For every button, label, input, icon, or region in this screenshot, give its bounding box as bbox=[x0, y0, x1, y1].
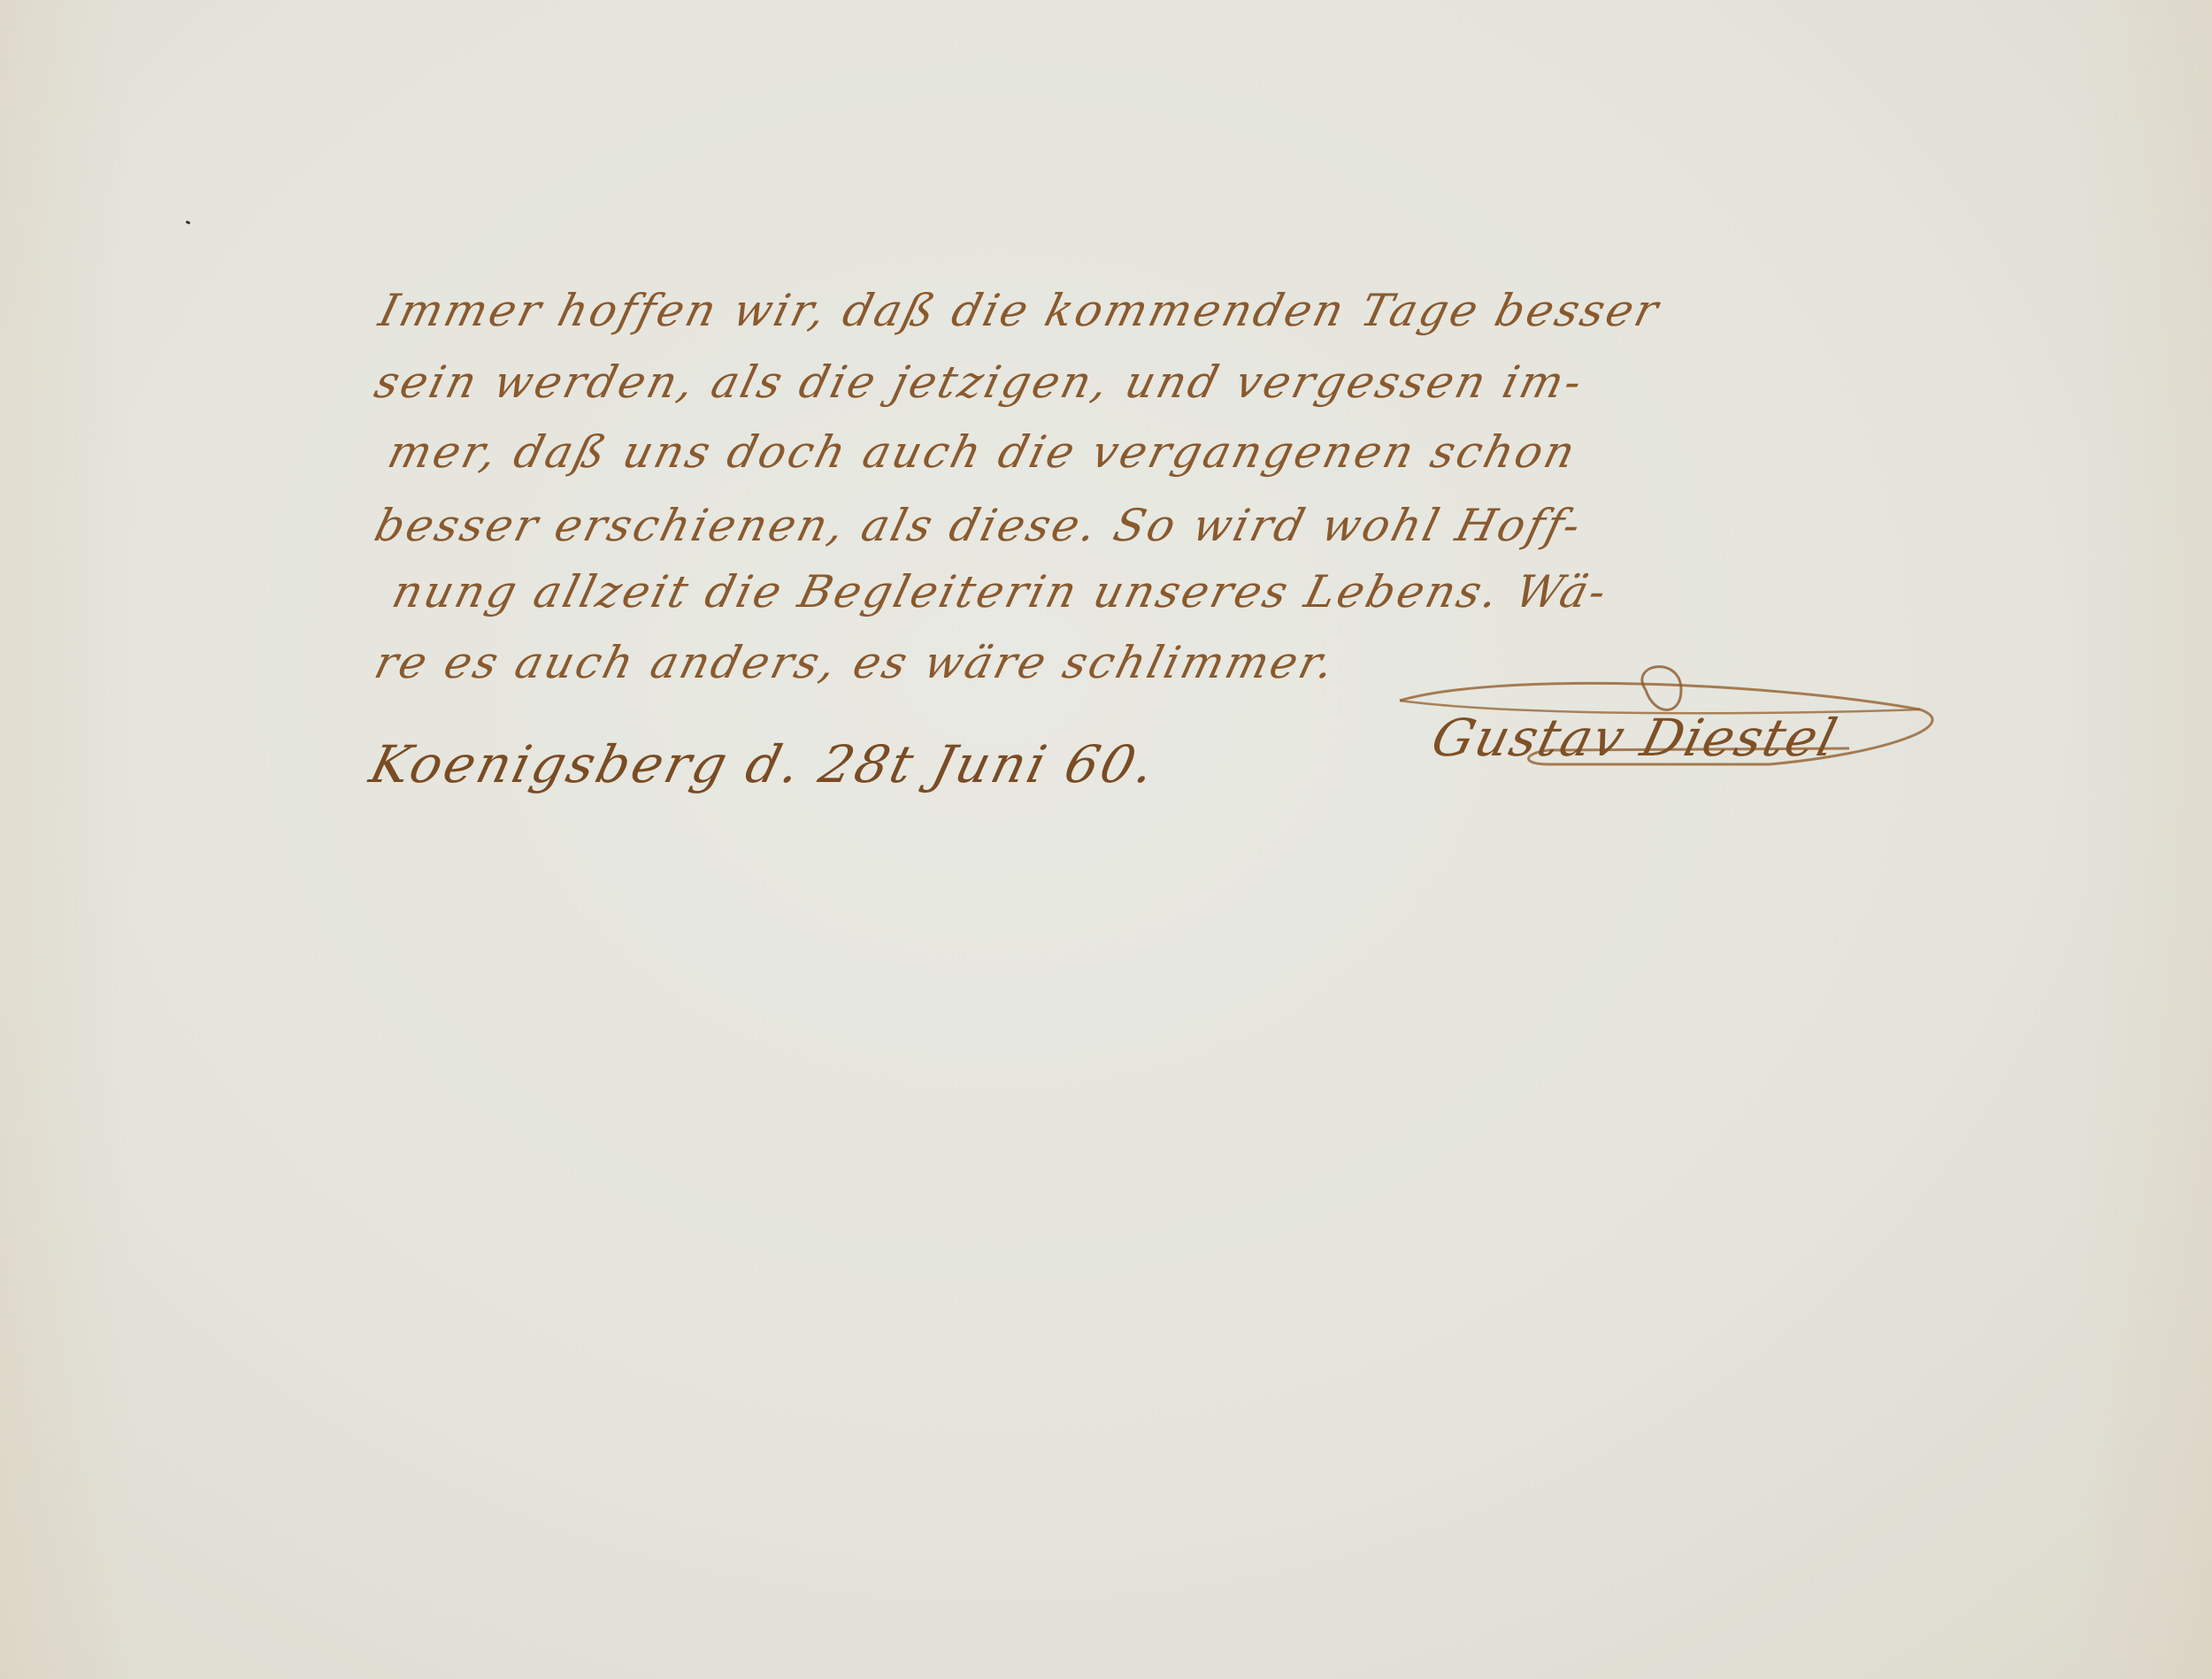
body-line-6: re es auch anders, es wäre schlimmer. bbox=[370, 637, 1342, 688]
body-line-1: Immer hoffen wir, daß die kommenden Tage… bbox=[374, 285, 1666, 336]
body-line-2: sein werden, als die jetzigen, und verge… bbox=[370, 356, 1590, 408]
paper-edge-tint bbox=[0, 0, 2212, 1679]
body-line-3: mer, daß uns doch auch die vergangenen s… bbox=[383, 426, 1583, 478]
signature: Gustav Diestel bbox=[1426, 708, 1845, 768]
album-page: Immer hoffen wir, daß die kommenden Tage… bbox=[0, 0, 2212, 1679]
ink-speck bbox=[186, 220, 191, 225]
body-line-5: nung allzeit die Begleiterin unseres Leb… bbox=[388, 566, 1614, 617]
place-and-date: Koenigsberg d. 28t Juni 60. bbox=[365, 734, 1164, 794]
body-line-4: besser erschienen, als diese. So wird wo… bbox=[370, 500, 1588, 551]
